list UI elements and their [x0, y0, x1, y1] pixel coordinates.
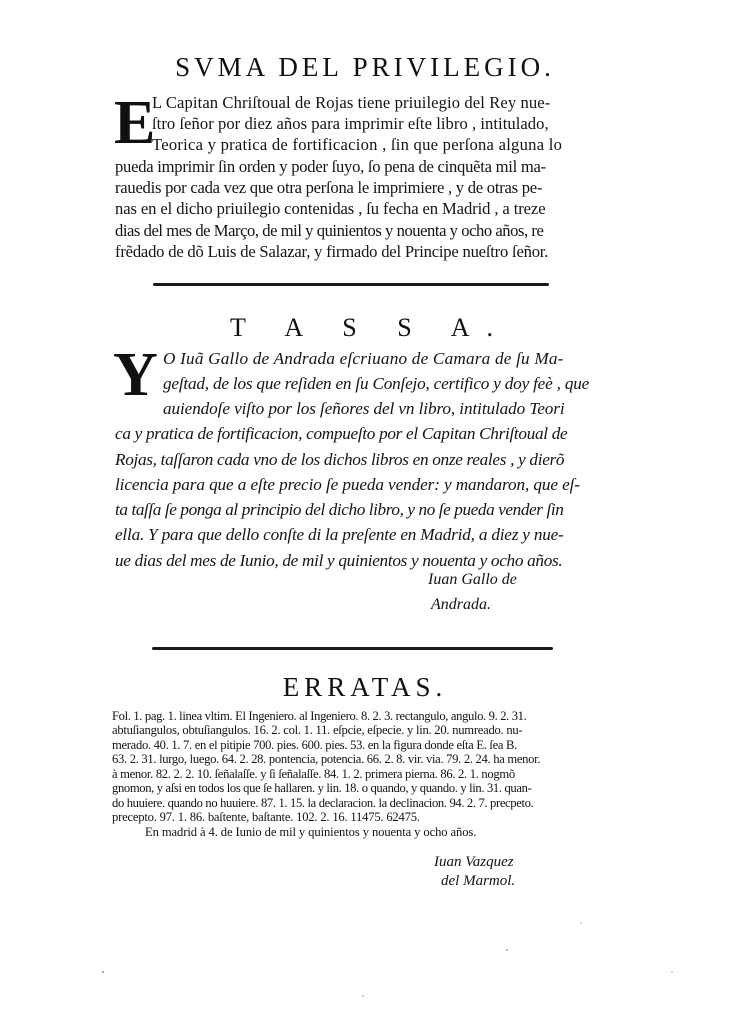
tassa-line: licencia para que a eſte precio ſe pueda… [115, 475, 580, 495]
errata-line: Fol. 1. pag. 1. linea vltim. El Ingenier… [112, 709, 526, 724]
tassa-drop-cap: Y [113, 344, 158, 406]
erratas-heading: ERRATAS. [0, 672, 730, 703]
tassa-line: ta taſſa ſe ponga al principio del dicho… [115, 500, 563, 520]
tassa-line: geſtad, de los que reſiden en ſu Conſejo… [163, 374, 589, 394]
errata-line: gnomon, y aſsi en todos los que ſe halla… [112, 781, 531, 796]
errata-line: merado. 40. 1. 7. en el pitipie 700. pie… [112, 738, 517, 753]
privilegio-line: L Capitan Chriſtoual de Rojas tiene priu… [152, 93, 550, 113]
errata-closing: En madrid à 4. de Iunio de mil y quinien… [145, 825, 476, 840]
scan-speck [362, 995, 364, 997]
privilegio-drop-cap: E [114, 92, 155, 154]
scan-speck [102, 971, 104, 973]
section-divider [153, 283, 549, 286]
scan-speck [580, 922, 582, 924]
errata-line: precepto. 97. 1. 86. baſtente, baſtante.… [112, 810, 420, 825]
privilegio-line: pueda imprimir ſin orden y poder ſuyo, ſ… [115, 157, 546, 177]
tassa-line: ue dias del mes de Iunio, de mil y quini… [115, 551, 562, 571]
privilegio-line: rauedis por cada vez que otra perſona le… [115, 178, 542, 198]
privilegio-line: Teorica y pratica de fortificacion , ſin… [152, 135, 562, 155]
privilegio-line: nas en el dicho priuilegio contenidas , … [115, 199, 545, 219]
errata-line: 63. 2. 31. lurgo, luego. 64. 2. 28. pont… [112, 752, 540, 767]
section-divider [152, 647, 553, 650]
privilegio-line: dias del mes de Março, de mil y quinient… [115, 221, 543, 241]
tassa-heading: T A S S A. [0, 313, 730, 343]
privilegio-heading: SVMA DEL PRIVILEGIO. [0, 52, 730, 83]
tassa-line: O Iuã Gallo de Andrada eſcriuano de Cama… [163, 349, 564, 369]
errata-line: à menor. 82. 2. 2. 10. ſeñalaſſe. y ſi ſ… [112, 767, 515, 782]
tassa-line: ella. Y para que dello conſte di la preſ… [115, 525, 564, 545]
tassa-line: auiendoſe viſto por los ſeñores del vn l… [163, 399, 565, 419]
errata-line: abtuſiangulos, obtuſiangulos. 16. 2. col… [112, 723, 522, 738]
tassa-line: Rojas, taſſaron cada vno de los dichos l… [115, 450, 564, 470]
privilegio-line: frẽdado de dõ Luis de Salazar, y firmado… [115, 242, 548, 262]
errata-line: do huuiere. quando no huuiere. 87. 1. 15… [112, 796, 533, 811]
document-page: SVMA DEL PRIVILEGIO. E L Capitan Chriſto… [0, 0, 730, 1024]
privilegio-line: ſtro ſeñor por diez años para imprimir e… [152, 114, 549, 134]
tassa-signature-line: Andrada. [431, 596, 491, 614]
tassa-line: ca y pratica de fortificacion, compueſto… [115, 424, 567, 444]
tassa-signature-line: Iuan Gallo de [428, 571, 517, 589]
erratas-signature-line: Iuan Vazquez [434, 854, 514, 871]
erratas-signature-line: del Marmol. [441, 873, 515, 890]
scan-speck [671, 971, 673, 973]
scan-speck [506, 949, 508, 951]
